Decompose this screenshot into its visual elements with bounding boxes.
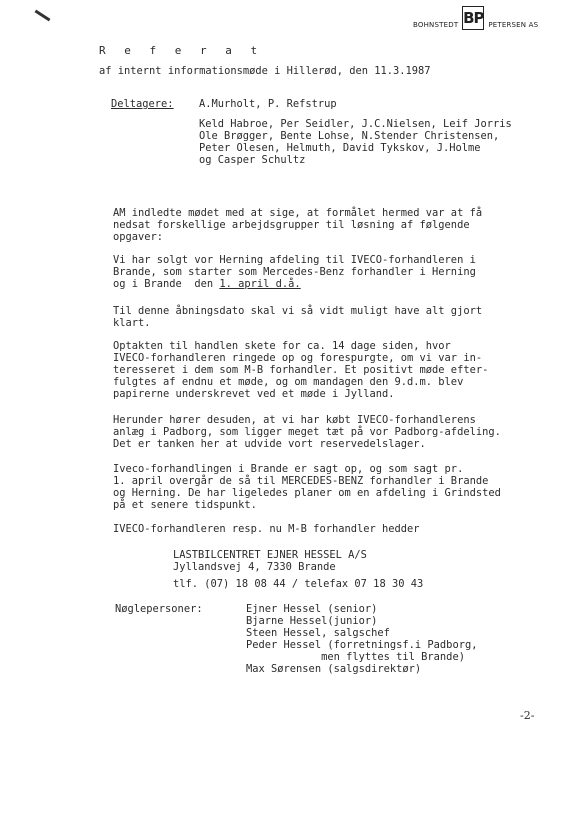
paragraph-padborg-line: Det er tanken her at udvide vort reserve… bbox=[113, 438, 426, 450]
bp-logo-icon: BP bbox=[462, 6, 484, 30]
paragraph-deal-line: Optakten til handlen skete for ca. 14 da… bbox=[113, 340, 451, 352]
key-person: Ejner Hessel (senior) bbox=[246, 603, 377, 615]
paragraph-deal-line: teresseret i dem som M-B forhandler. Et … bbox=[113, 364, 488, 376]
paragraph-opening-line: Til denne åbningsdato skal vi så vidt mu… bbox=[113, 305, 482, 317]
document-page: BOHNSTEDT BP PETERSEN AS R e f e r a t a… bbox=[0, 0, 588, 826]
underlined-date: 1. april d.å. bbox=[219, 278, 300, 290]
letterhead-left-word: BOHNSTEDT bbox=[413, 21, 458, 30]
pen-mark bbox=[35, 10, 51, 22]
letterhead-logo: BOHNSTEDT BP PETERSEN AS bbox=[413, 6, 538, 30]
participants-line: Keld Habroe, Per Seidler, J.C.Nielsen, L… bbox=[199, 118, 512, 130]
paragraph-padborg-line: anlæg i Padborg, som ligger meget tæt på… bbox=[113, 426, 501, 438]
paragraph-intro-line: nedsat forskellige arbejdsgrupper til lø… bbox=[113, 219, 470, 231]
paragraph-brande-line: 1. april overgår de så til MERCEDES-BENZ… bbox=[113, 475, 488, 487]
letterhead-right-word: PETERSEN AS bbox=[488, 21, 538, 30]
paragraph-deal-line: fulgtes af endnu et møde, og om mandagen… bbox=[113, 376, 463, 388]
key-person: Bjarne Hessel(junior) bbox=[246, 615, 377, 627]
paragraph-brande-line: på et senere tidspunkt. bbox=[113, 499, 257, 511]
key-persons-label: Nøglepersoner: bbox=[115, 603, 203, 615]
page-number: -2- bbox=[520, 710, 534, 722]
participants-line: Peter Olesen, Helmuth, David Tykskov, J.… bbox=[199, 142, 481, 154]
paragraph-intro-line: opgaver: bbox=[113, 231, 163, 243]
participants-line: Ole Brøgger, Bente Lohse, N.Stender Chri… bbox=[199, 130, 499, 142]
paragraph-deal-line: papirerne underskrevet ved et møde i Jyl… bbox=[113, 388, 395, 400]
paragraph-sale-line: Vi har solgt vor Herning afdeling til IV… bbox=[113, 254, 476, 266]
paragraph-dealer-name-line: IVECO-forhandleren resp. nu M-B forhandl… bbox=[113, 523, 420, 535]
paragraph-opening-line: klart. bbox=[113, 317, 151, 329]
company-name: LASTBILCENTRET EJNER HESSEL A/S bbox=[173, 549, 367, 561]
key-person: Max Sørensen (salgsdirektør) bbox=[246, 663, 421, 675]
paragraph-brande-line: Iveco-forhandlingen i Brande er sagt op,… bbox=[113, 463, 463, 475]
document-subtitle: af internt informationsmøde i Hillerød, … bbox=[99, 65, 431, 77]
participants-line: og Casper Schultz bbox=[199, 154, 305, 166]
paragraph-sale-line: og i Brande den 1. april d.å. bbox=[113, 278, 301, 290]
paragraph-intro-line: AM indledte mødet med at sige, at formål… bbox=[113, 207, 482, 219]
key-person: men flyttes til Brande) bbox=[246, 651, 465, 663]
paragraph-sale-line: Brande, som starter som Mercedes-Benz fo… bbox=[113, 266, 476, 278]
paragraph-padborg-line: Herunder hører desuden, at vi har købt I… bbox=[113, 414, 476, 426]
document-title: R e f e r a t bbox=[99, 45, 263, 57]
company-phone: tlf. (07) 18 08 44 / telefax 07 18 30 43 bbox=[173, 578, 423, 590]
participants-label: Deltagere: bbox=[111, 98, 174, 110]
participants-primary: A.Murholt, P. Refstrup bbox=[199, 98, 337, 110]
company-address: Jyllandsvej 4, 7330 Brande bbox=[173, 561, 336, 573]
key-person: Peder Hessel (forretningsf.i Padborg, bbox=[246, 639, 477, 651]
paragraph-deal-line: IVECO-forhandleren ringede op og forespu… bbox=[113, 352, 482, 364]
key-person: Steen Hessel, salgschef bbox=[246, 627, 390, 639]
sale-line-text: og i Brande den bbox=[113, 278, 219, 290]
paragraph-brande-line: og Herning. De har ligeledes planer om e… bbox=[113, 487, 501, 499]
